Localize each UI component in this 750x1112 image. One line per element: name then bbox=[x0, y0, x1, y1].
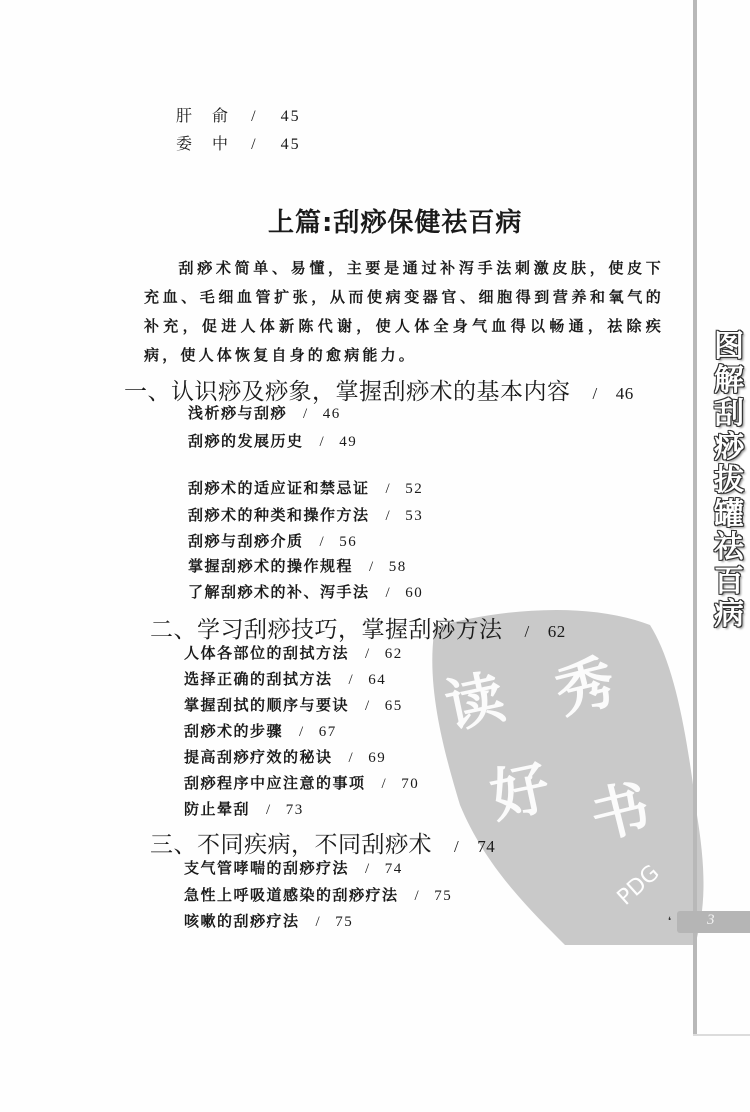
section-intro: 刮痧术简单、易懂，主要是通过补泻手法刺激皮肤，使皮下充血、毛细血管扩张，从而使病… bbox=[144, 254, 664, 370]
book-title-char: 图 bbox=[714, 330, 744, 364]
toc-page-number: 52 bbox=[405, 481, 423, 497]
page-number-tab: 3 bbox=[677, 911, 750, 933]
toc-separator: / bbox=[251, 108, 257, 126]
toc-page-number: 74 bbox=[385, 861, 403, 877]
toc-subentry[interactable]: 掌握刮痧术的操作规程/58 bbox=[188, 555, 407, 576]
toc-subentry-label: 选择正确的刮拭方法 bbox=[184, 670, 333, 688]
toc-subentry-label: 防止晕刮 bbox=[184, 800, 250, 818]
toc-subentry[interactable]: 防止晕刮/73 bbox=[184, 798, 304, 819]
watermark-seal-shape bbox=[415, 605, 715, 945]
toc-page-number: 58 bbox=[389, 559, 407, 575]
watermark-label: PDG bbox=[613, 860, 665, 910]
toc-page-number: 64 bbox=[368, 672, 386, 688]
toc-subentry-label: 咳嗽的刮痧疗法 bbox=[184, 912, 300, 930]
toc-subentry-label: 了解刮痧术的补、泻手法 bbox=[188, 583, 370, 601]
spine-rule bbox=[693, 0, 697, 1036]
toc-subentry-label: 刮痧术的步骤 bbox=[184, 722, 283, 740]
toc-separator: / bbox=[525, 622, 530, 642]
book-title-char: 刮 bbox=[714, 397, 744, 431]
book-title-vertical: 图 解 刮 痧 拔 罐 祛 百 病 bbox=[711, 330, 747, 632]
toc-subentry[interactable]: 选择正确的刮拭方法/64 bbox=[184, 668, 386, 689]
toc-page-number: 60 bbox=[405, 585, 423, 601]
toc-separator: / bbox=[593, 384, 598, 404]
toc-subentry-label: 刮痧术的适应证和禁忌证 bbox=[188, 479, 370, 497]
book-title-char: 罐 bbox=[714, 498, 744, 532]
book-title-char: 祛 bbox=[714, 531, 744, 565]
section-intro-text: 刮痧术简单、易懂，主要是通过补泻手法刺激皮肤，使皮下充血、毛细血管扩张，从而使病… bbox=[144, 259, 664, 364]
toc-entry[interactable]: 委 中 / 45 bbox=[176, 131, 301, 154]
watermark-glyph: 读 bbox=[437, 650, 511, 744]
toc-separator: / bbox=[320, 534, 326, 551]
book-title-char: 病 bbox=[714, 598, 744, 632]
page-number: 3 bbox=[707, 912, 715, 929]
book-page: 读 秀 好 书 PDG 肝 俞 / 45 委 中 / 45 上篇:刮痧保健祛百病… bbox=[0, 0, 750, 1112]
toc-subentry-label: 提高刮痧疗效的秘诀 bbox=[184, 748, 333, 766]
watermark-glyph: 书 bbox=[581, 759, 658, 855]
toc-chapter[interactable]: 三、不同疾病，不同刮痧术/74 bbox=[150, 826, 495, 859]
toc-page-number: 45 bbox=[281, 136, 301, 153]
toc-subentry[interactable]: 支气管哮喘的刮痧疗法/74 bbox=[184, 857, 403, 878]
watermark-glyph: 秀 bbox=[546, 634, 623, 730]
toc-subentry[interactable]: 咳嗽的刮痧疗法/75 bbox=[184, 910, 353, 931]
toc-subentry-label: 刮痧的发展历史 bbox=[188, 432, 304, 450]
watermark-glyph: 好 bbox=[482, 740, 556, 834]
toc-separator: / bbox=[349, 672, 355, 689]
toc-subentry-label: 掌握刮拭的顺序与要诀 bbox=[184, 696, 349, 714]
toc-subentry[interactable]: 刮痧术的适应证和禁忌证/52 bbox=[188, 477, 423, 498]
book-title-char: 百 bbox=[714, 565, 744, 599]
toc-separator: / bbox=[320, 434, 326, 451]
toc-separator: / bbox=[415, 888, 421, 905]
toc-page-number: 53 bbox=[405, 508, 423, 524]
spine-foot-rule bbox=[693, 1034, 750, 1036]
toc-page-number: 56 bbox=[339, 534, 357, 550]
toc-subentry[interactable]: 刮痧的发展历史/49 bbox=[188, 430, 357, 451]
toc-subentry-label: 支气管哮喘的刮痧疗法 bbox=[184, 859, 349, 877]
toc-subentry[interactable]: 了解刮痧术的补、泻手法/60 bbox=[188, 581, 423, 602]
toc-subentry-label: 刮痧术的种类和操作方法 bbox=[188, 506, 370, 524]
toc-page-number: 62 bbox=[548, 622, 566, 641]
tab-mark-icon: ❛ bbox=[668, 916, 671, 927]
toc-page-number: 62 bbox=[385, 646, 403, 662]
toc-separator: / bbox=[386, 508, 392, 525]
toc-page-number: 75 bbox=[335, 914, 353, 930]
toc-page-number: 70 bbox=[401, 776, 419, 792]
toc-chapter[interactable]: 二、学习刮痧技巧，掌握刮痧方法/62 bbox=[150, 611, 566, 644]
book-title-char: 痧 bbox=[714, 431, 744, 465]
toc-separator: / bbox=[266, 802, 272, 819]
book-title-char: 解 bbox=[714, 364, 744, 398]
toc-page-number: 46 bbox=[323, 406, 341, 422]
toc-page-number: 74 bbox=[477, 837, 495, 856]
toc-page-number: 49 bbox=[339, 434, 357, 450]
toc-subentry[interactable]: 提高刮痧疗效的秘诀/69 bbox=[184, 746, 386, 767]
toc-separator: / bbox=[365, 861, 371, 878]
toc-separator: / bbox=[251, 136, 257, 154]
toc-separator: / bbox=[303, 406, 309, 423]
section-title: 上篇:刮痧保健祛百病 bbox=[268, 202, 522, 239]
toc-subentry[interactable]: 刮痧术的步骤/67 bbox=[184, 720, 337, 741]
toc-page-number: 46 bbox=[616, 384, 634, 403]
toc-chapter-title: 二、学习刮痧技巧，掌握刮痧方法 bbox=[150, 617, 503, 643]
toc-subentry-label: 掌握刮痧术的操作规程 bbox=[188, 557, 353, 575]
toc-subentry[interactable]: 急性上呼吸道感染的刮痧疗法/75 bbox=[184, 884, 452, 905]
toc-page-number: 75 bbox=[434, 888, 452, 904]
toc-subentry[interactable]: 浅析痧与刮痧/46 bbox=[188, 402, 341, 423]
book-title-char: 拔 bbox=[714, 464, 744, 498]
toc-page-number: 67 bbox=[319, 724, 337, 740]
toc-subentry-label: 刮痧程序中应注意的事项 bbox=[184, 774, 366, 792]
toc-separator: / bbox=[386, 585, 392, 602]
toc-separator: / bbox=[349, 750, 355, 767]
toc-separator: / bbox=[299, 724, 305, 741]
toc-page-number: 65 bbox=[385, 698, 403, 714]
toc-chapter-title: 三、不同疾病，不同刮痧术 bbox=[150, 832, 432, 858]
toc-subentry[interactable]: 人体各部位的刮拭方法/62 bbox=[184, 642, 403, 663]
toc-page-number: 69 bbox=[368, 750, 386, 766]
toc-separator: / bbox=[365, 646, 371, 663]
toc-subentry-label: 急性上呼吸道感染的刮痧疗法 bbox=[184, 886, 399, 904]
watermark: 读 秀 好 书 PDG bbox=[415, 605, 715, 945]
toc-subentry[interactable]: 掌握刮拭的顺序与要诀/65 bbox=[184, 694, 403, 715]
toc-subentry-label: 刮痧与刮痧介质 bbox=[188, 532, 304, 550]
toc-subentry-label: 人体各部位的刮拭方法 bbox=[184, 644, 349, 662]
toc-separator: / bbox=[369, 559, 375, 576]
toc-subentry[interactable]: 刮痧术的种类和操作方法/53 bbox=[188, 504, 423, 525]
toc-subentry[interactable]: 刮痧程序中应注意的事项/70 bbox=[184, 772, 419, 793]
toc-page-number: 45 bbox=[281, 108, 301, 125]
toc-entry-label: 委 中 bbox=[176, 134, 230, 153]
toc-separator: / bbox=[365, 698, 371, 715]
toc-separator: / bbox=[382, 776, 388, 793]
toc-separator: / bbox=[316, 914, 322, 931]
toc-separator: / bbox=[386, 481, 392, 498]
toc-entry-label: 肝 俞 bbox=[176, 106, 230, 125]
toc-entry[interactable]: 肝 俞 / 45 bbox=[176, 103, 301, 126]
toc-subentry-label: 浅析痧与刮痧 bbox=[188, 404, 287, 422]
toc-subentry[interactable]: 刮痧与刮痧介质/56 bbox=[188, 530, 357, 551]
toc-page-number: 73 bbox=[286, 802, 304, 818]
toc-separator: / bbox=[454, 837, 459, 857]
